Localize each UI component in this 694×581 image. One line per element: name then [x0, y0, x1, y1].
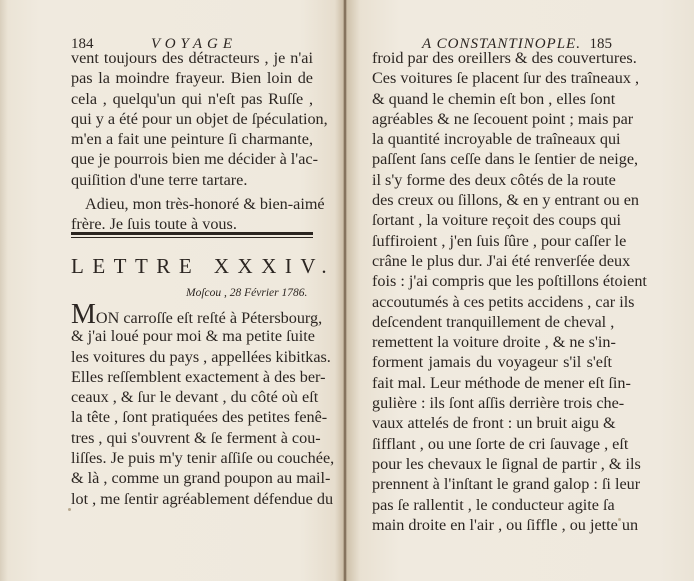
text-line: MON carroſſe eſt reſté à Pétersbourg, — [71, 306, 313, 326]
text-line: vaux attelés de front : un bruit aigu & — [372, 413, 612, 433]
text-line: la tête , ſont pratiquées des petites fe… — [71, 407, 313, 427]
text-line: m'en a fait une peinture ſi charmante, — [71, 129, 313, 149]
text-line: gulière : ils ſont aſſis derrière trois … — [372, 393, 612, 413]
text-line: & là , comme un grand poupon au mail- — [71, 468, 313, 488]
left-page: 184 VOYAGE vent toujours des détracteurs… — [0, 0, 345, 581]
text-line: pas la moindre frayeur. Bien loin de — [71, 68, 313, 88]
text-line: forment jamais du voyageur s'il s'eſt — [372, 352, 612, 372]
text-line: ſortant , la voiture reçoit des coups qu… — [372, 210, 612, 230]
text-line: froid par des oreillers & des couverture… — [372, 48, 612, 68]
text-line: pas ſe rallentit , le conducteur agite ſ… — [372, 495, 612, 515]
text-line: la quantité incroyable de traîneaux qui — [372, 129, 612, 149]
text-line: Ces voitures ſe placent ſur des traîneau… — [372, 68, 612, 88]
text-line: remettent la voiture droite , & ne s'in- — [372, 332, 612, 352]
text-line: ceaux , & ſur le devant , du côté où eſt — [71, 387, 313, 407]
right-page: A CONSTANTINOPLE. 185 froid par des orei… — [346, 0, 694, 581]
text-line: accoutumés à ces petits accidens , car i… — [372, 292, 612, 312]
text-line: les voitures du pays , appellées kibitka… — [71, 347, 313, 367]
text-line: fois : j'ai compris que les poſtillons é… — [372, 271, 612, 291]
text-line: tres , qui s'ouvrent & ſe ferment à cou- — [71, 428, 313, 448]
letter-heading: LETTRE XXXIV. — [71, 254, 315, 279]
text-line: quiſition d'une terre tartare. — [71, 170, 313, 190]
section-divider-rule — [71, 232, 313, 238]
text-line: liſſes. Je puis m'y tenir aſſiſe ou couc… — [71, 448, 313, 468]
text-line: Elles reſſemblent exactement à des ber- — [71, 367, 313, 387]
text-line: ſifflant , ou une ſorte de cri ſauvage ,… — [372, 434, 612, 454]
text-line: qui y a été pour un objet de ſpéculation… — [71, 109, 313, 129]
text-line: paſſent ſans ceſſe dans le ſentier de ne… — [372, 149, 612, 169]
text-line: ſuffiroient , j'en ſuis ſûre , pour caſſ… — [372, 231, 612, 251]
text-line: fait mal. Leur méthode de mener eſt ſin- — [372, 373, 612, 393]
text-line: lot , me ſentir agréablement défendue du — [71, 489, 313, 509]
paper-speck — [68, 508, 71, 511]
left-text-before: vent toujours des détracteurs , je n'ai … — [71, 48, 313, 235]
text-line: prennent à l'inſtant le grand galop : ſi… — [372, 474, 612, 494]
text-line-rest: carroſſe eſt reſté à Pétersbourg, — [119, 309, 322, 327]
first-word-rest: ON — [96, 309, 119, 327]
text-line: des creux ou ſillons, & en y entrant ou … — [372, 190, 612, 210]
text-line: pour les chevaux le ſignal de partir , &… — [372, 454, 612, 474]
paper-speck — [618, 518, 621, 521]
text-line: main droite en l'air , ou ſiffle , ou je… — [372, 515, 612, 535]
right-text: froid par des oreillers & des couverture… — [372, 48, 612, 535]
dateline: Moſcou , 28 Février 1786. — [186, 287, 307, 299]
left-text-after: MON carroſſe eſt reſté à Pétersbourg, & … — [71, 306, 313, 509]
text-line: & quand le chemin eſt bon , elles ſont — [372, 89, 612, 109]
text-line: il s'y forme des deux côtés de la route — [372, 170, 612, 190]
text-line: agréables & ne ſecouent point ; mais par — [372, 109, 612, 129]
text-line: & j'ai loué pour moi & ma petite ſuite — [71, 326, 313, 346]
text-line: cela , quelqu'un qui n'eſt pas Ruſſe , — [71, 89, 313, 109]
text-line: vent toujours des détracteurs , je n'ai — [71, 48, 313, 68]
text-line: Adieu, mon très-honoré & bien-aimé — [71, 194, 313, 214]
text-line: que je pourrois bien me décider à l'ac- — [71, 149, 313, 169]
book-spread: 184 VOYAGE vent toujours des détracteurs… — [0, 0, 694, 581]
text-line: crâne le plus dur. J'ai été renverſée de… — [372, 251, 612, 271]
text-line: deſcendent tranquillement de cheval , — [372, 312, 612, 332]
